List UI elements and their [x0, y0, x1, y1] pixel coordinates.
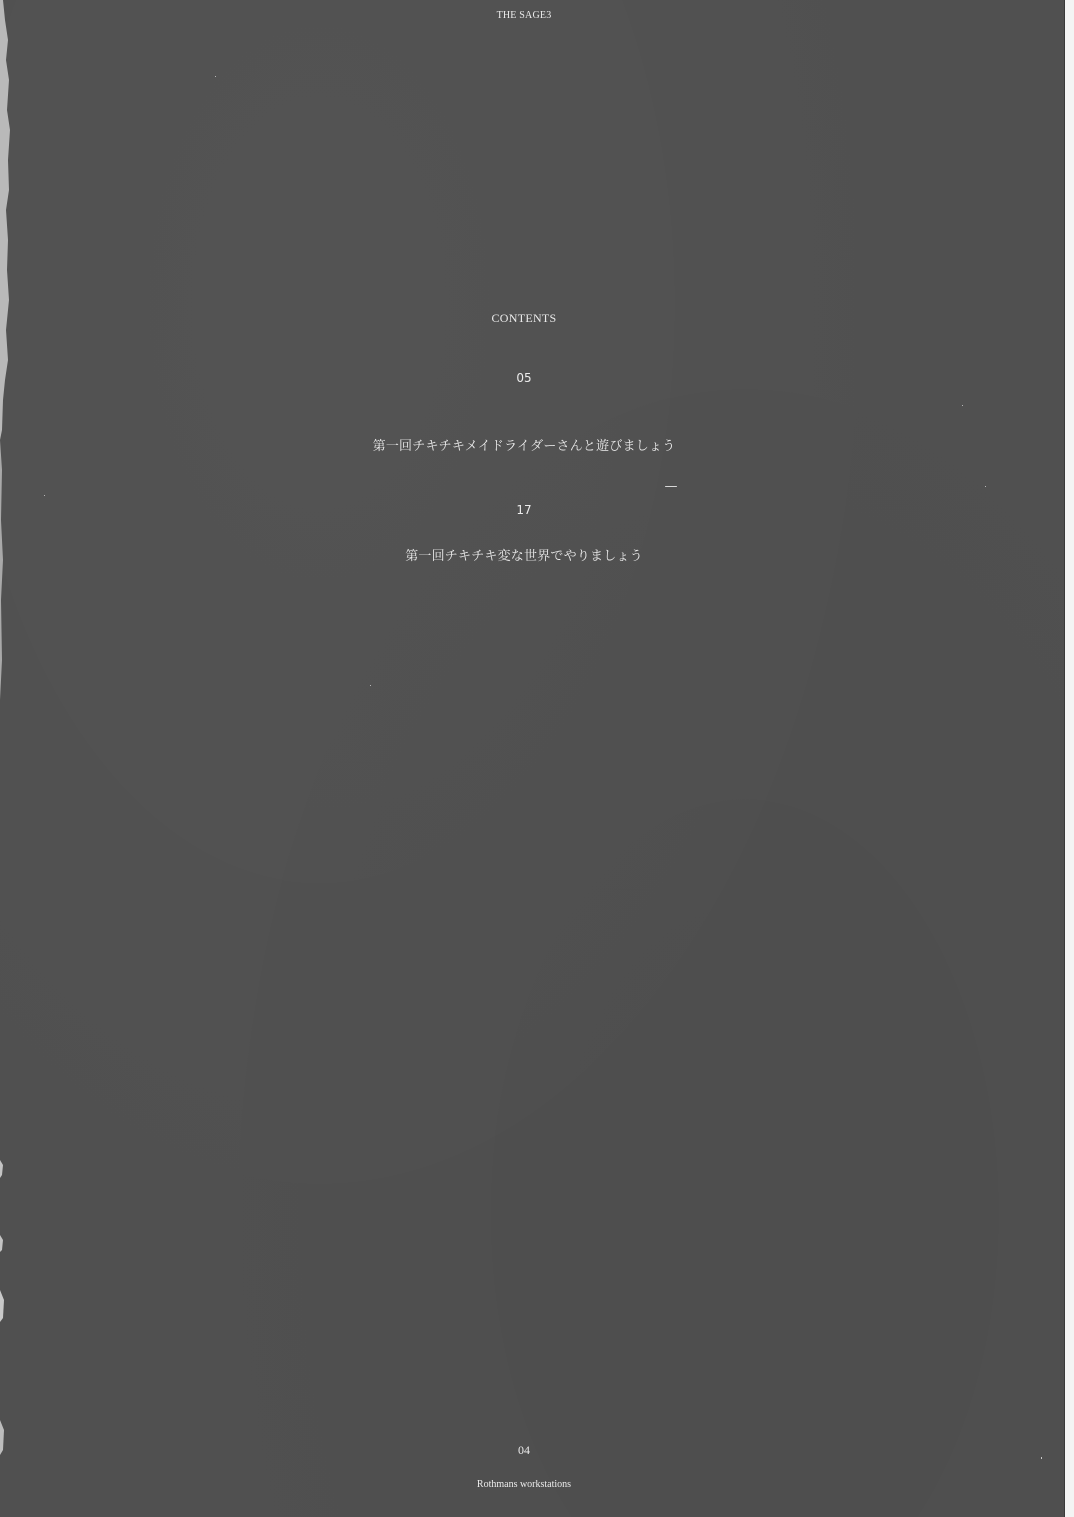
page-number: 04: [0, 1443, 1048, 1458]
scan-artifact: [215, 76, 216, 77]
scanned-page: THE SAGE3 CONTENTS 05 第一回チキチキメイドライダーさんと遊…: [0, 0, 1064, 1517]
scan-artifact: [370, 685, 371, 686]
toc-entry-1-title: 第一回チキチキメイドライダーさんと遊びましょう: [0, 435, 1048, 454]
contents-heading: CONTENTS: [0, 311, 1048, 326]
toc-entry-2-title: 第一回チキチキ変な世界でやりましょう: [0, 545, 1048, 564]
torn-paper-edge: [0, 0, 14, 1517]
toc-entry-1-page: 05: [0, 371, 1048, 385]
scan-artifact: [985, 486, 986, 487]
scan-artifact: [44, 495, 45, 496]
scan-artifact: [1041, 1457, 1042, 1459]
scan-artifact: [665, 486, 677, 487]
header-title: THE SAGE3: [0, 10, 1048, 21]
scan-artifact: [962, 405, 963, 406]
footer-credit: Rothmans workstations: [0, 1479, 1048, 1490]
toc-entry-2-page: 17: [0, 503, 1048, 517]
paper-edge-right: [1064, 0, 1074, 1517]
